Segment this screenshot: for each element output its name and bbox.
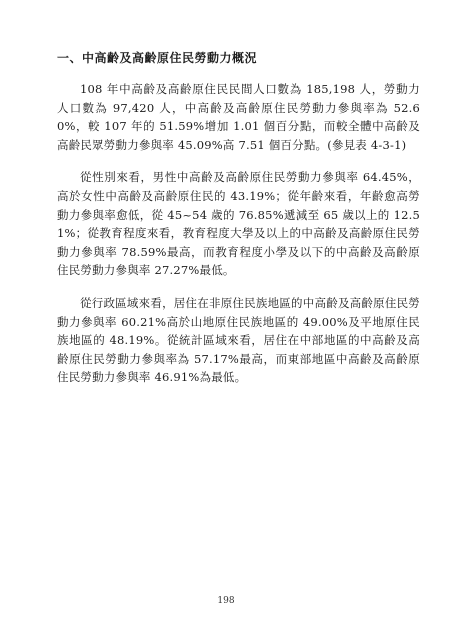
document-page: 一、中高齡及高齡原住民勞動力概況 108 年中高齡及高齡原住民民間人口數為 18… bbox=[0, 0, 452, 640]
text-column: 一、中高齡及高齡原住民勞動力概況 108 年中高齡及高齡原住民民間人口數為 18… bbox=[57, 50, 420, 401]
paragraph-region-statistics: 從行政區域來看，居住在非原住民族地區的中高齡及高齡原住民勞動力參與率 60.21… bbox=[57, 294, 420, 387]
paragraph-labor-force-overview: 108 年中高齡及高齡原住民民間人口數為 185,198 人，勞動力人口數為 9… bbox=[57, 80, 420, 154]
page-number: 198 bbox=[0, 596, 452, 606]
paragraph-gender-age-education: 從性別來看，男性中高齡及高齡原住民勞動力參與率 64.45%，高於女性中高齡及高… bbox=[57, 168, 420, 280]
section-heading: 一、中高齡及高齡原住民勞動力概況 bbox=[57, 50, 420, 66]
